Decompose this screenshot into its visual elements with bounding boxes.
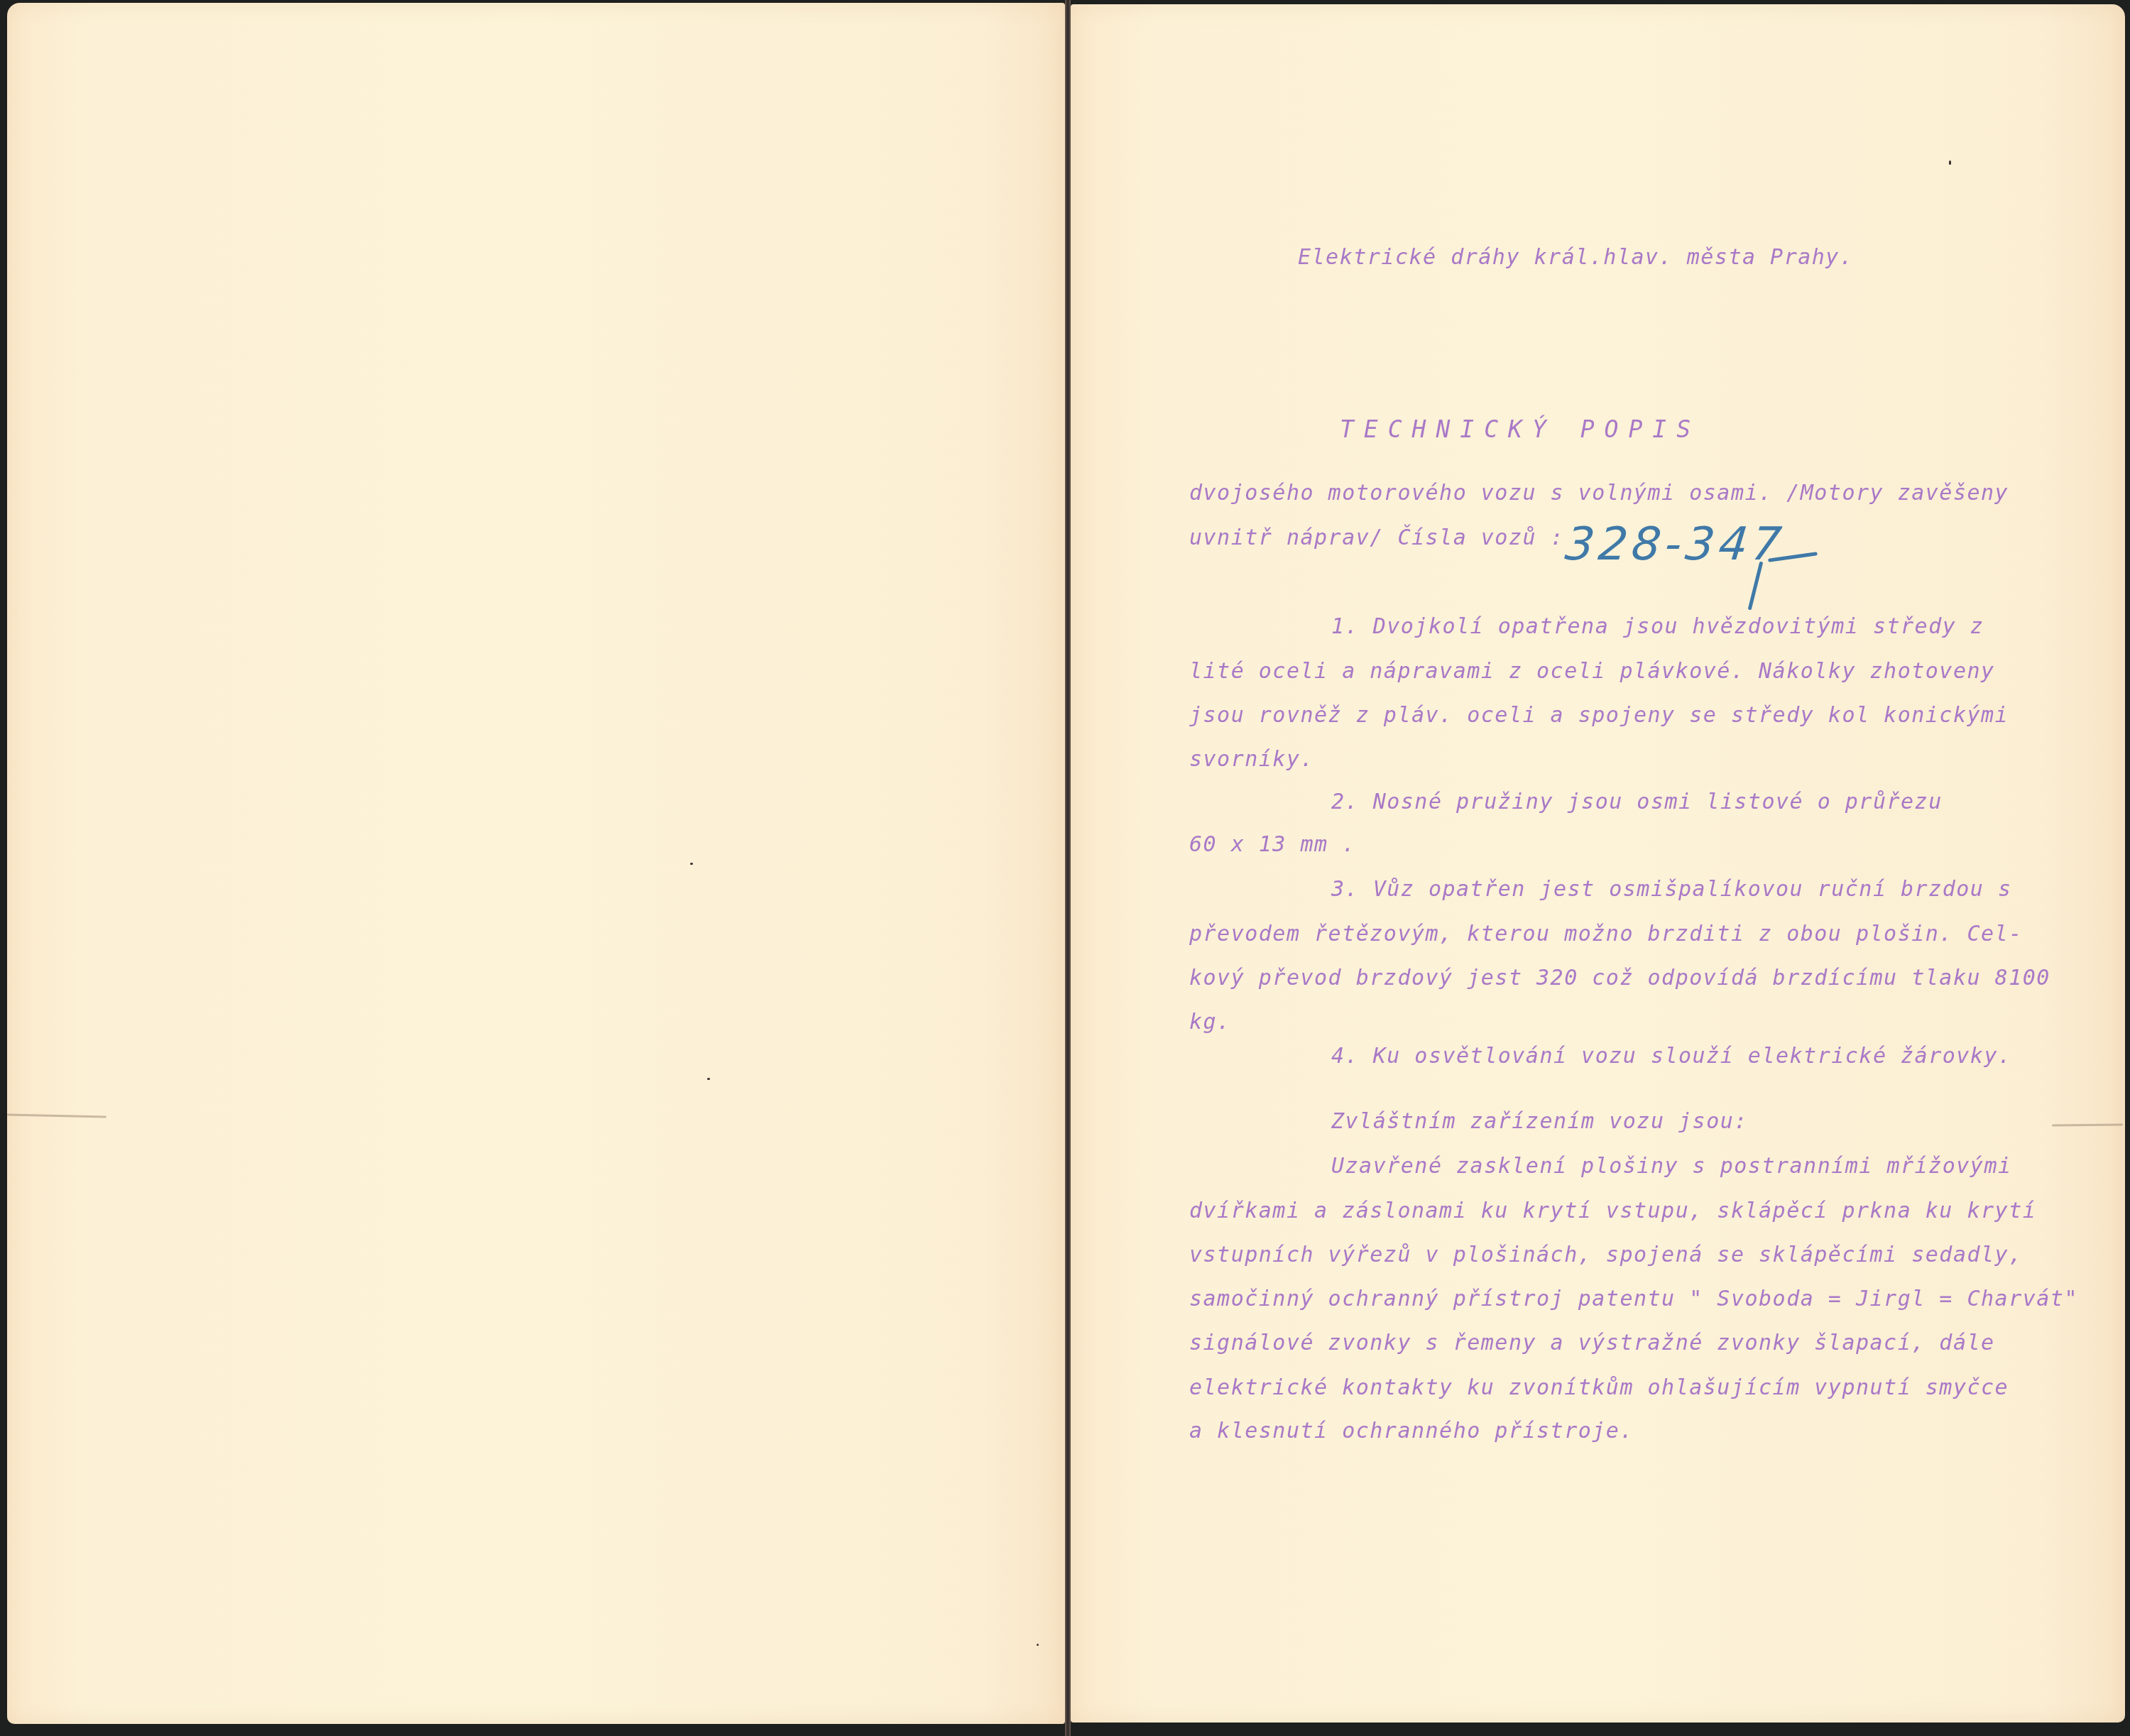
- equipment-line-5: signálové zvonky s řemeny a výstražné zv…: [1189, 1331, 1995, 1355]
- section-3-line-4: kg.: [1189, 1010, 1231, 1034]
- equipment-line-2: dvířkami a záslonami ku krytí vstupu, sk…: [1189, 1199, 2036, 1223]
- paper-speck: [1037, 1644, 1039, 1646]
- section-2-line-2: 60 x 13 mm .: [1189, 832, 1356, 857]
- equipment-line-4: samočinný ochranný přístroj patentu " Sv…: [1189, 1287, 2078, 1311]
- section-4-line-1: 4. Ku osvětlování vozu slouží elektrické…: [1331, 1044, 2012, 1069]
- equipment-line-3: vstupních výřezů v plošinách, spojená se…: [1189, 1243, 2023, 1267]
- paper-speck: [707, 1078, 710, 1080]
- equipment-line-7: a klesnutí ochranného přístroje.: [1189, 1419, 1634, 1443]
- handwritten-car-numbers: 328-347: [1563, 518, 1788, 571]
- section-3-line-2: převodem řetězovým, kterou možno brzditi…: [1189, 922, 2023, 946]
- equipment-line-6: elektrické kontakty ku zvonítkům ohlašuj…: [1189, 1375, 2009, 1400]
- document-title: TECHNICKÝ POPIS: [1340, 415, 1700, 443]
- paper-speck: [1949, 160, 1951, 165]
- left-page-blank: [7, 3, 1065, 1724]
- section-1-line-1: 1. Dvojkolí opatřena jsou hvězdovitými s…: [1331, 614, 1984, 639]
- subtitle-line-1: dvojosého motorového vozu s volnými osam…: [1189, 481, 2009, 506]
- section-1-line-4: svorníky.: [1189, 747, 1314, 772]
- book-gutter: [1065, 0, 1071, 1736]
- special-equipment-heading: Zvláštním zařízením vozu jsou:: [1331, 1109, 1748, 1134]
- section-1-line-3: jsou rovněž z pláv. oceli a spojeny se s…: [1189, 703, 2009, 728]
- section-2-line-1: 2. Nosné pružiny jsou osmi listové o prů…: [1331, 790, 1943, 814]
- section-1-line-2: lité oceli a nápravami z oceli plávkové.…: [1189, 659, 1995, 684]
- section-3-line-3: kový převod brzdový jest 320 což odpovíd…: [1189, 966, 2050, 990]
- paper-speck: [690, 863, 693, 865]
- document-header: Elektrické dráhy král.hlav. města Prahy.: [1298, 245, 1853, 270]
- document-spread: Elektrické dráhy král.hlav. města Prahy.…: [0, 0, 2130, 1736]
- equipment-line-1: Uzavřené zasklení plošiny s postranními …: [1331, 1154, 2012, 1179]
- subtitle-line-2: uvnitř náprav/ Čísla vozů :: [1189, 525, 1564, 550]
- section-3-line-1: 3. Vůz opatřen jest osmišpalíkovou ruční…: [1331, 877, 2012, 902]
